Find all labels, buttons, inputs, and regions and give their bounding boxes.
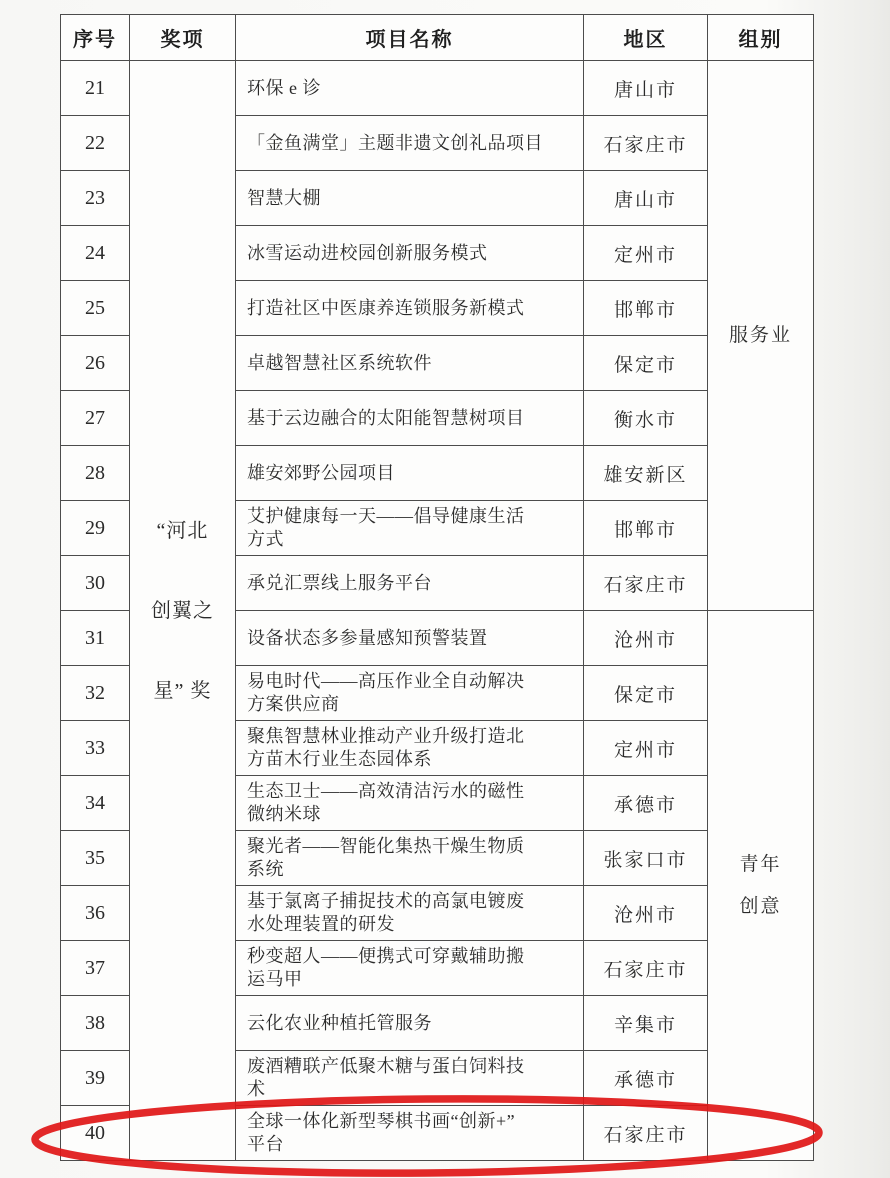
row-number: 22 <box>61 116 130 171</box>
col-header-award: 奖项 <box>130 15 236 61</box>
table-row: 21 “河北 创翼之 星” 奖 环保 e 诊 唐山市 服务业 <box>61 61 814 116</box>
row-number: 37 <box>61 941 130 996</box>
region: 石家庄市 <box>584 116 708 171</box>
region: 定州市 <box>584 226 708 281</box>
row-number: 35 <box>61 831 130 886</box>
row-number: 27 <box>61 391 130 446</box>
project-name: 智慧大棚 <box>236 171 584 226</box>
row-number: 32 <box>61 666 130 721</box>
region: 唐山市 <box>584 171 708 226</box>
region: 张家口市 <box>584 831 708 886</box>
table-header-row: 序号 奖项 项目名称 地区 组别 <box>61 15 814 61</box>
region: 石家庄市 <box>584 941 708 996</box>
row-number: 33 <box>61 721 130 776</box>
row-number: 28 <box>61 446 130 501</box>
region: 石家庄市 <box>584 556 708 611</box>
row-number: 38 <box>61 996 130 1051</box>
row-number: 25 <box>61 281 130 336</box>
project-name: 雄安郊野公园项目 <box>236 446 584 501</box>
region: 保定市 <box>584 666 708 721</box>
project-name: 生态卫士——高效清洁污水的磁性 微纳米球 <box>236 776 584 831</box>
project-name: 聚光者——智能化集热干燥生物质 系统 <box>236 831 584 886</box>
col-header-group: 组别 <box>708 15 814 61</box>
project-name: 打造社区中医康养连锁服务新模式 <box>236 281 584 336</box>
project-name: 废酒糟联产低聚木糖与蛋白饲料技 术 <box>236 1051 584 1106</box>
region: 辛集市 <box>584 996 708 1051</box>
group-merged-cell-youth-creativity: 青年 创意 <box>708 611 814 1161</box>
row-number: 34 <box>61 776 130 831</box>
col-header-region: 地区 <box>584 15 708 61</box>
region: 邯郸市 <box>584 501 708 556</box>
row-number: 30 <box>61 556 130 611</box>
project-name: 艾护健康每一天——倡导健康生活 方式 <box>236 501 584 556</box>
col-header-no: 序号 <box>61 15 130 61</box>
row-number: 36 <box>61 886 130 941</box>
region: 承德市 <box>584 1051 708 1106</box>
project-name: 聚焦智慧林业推动产业升级打造北 方苗木行业生态园体系 <box>236 721 584 776</box>
project-name: 易电时代——高压作业全自动解决 方案供应商 <box>236 666 584 721</box>
row-number: 21 <box>61 61 130 116</box>
row-number: 31 <box>61 611 130 666</box>
project-name: 设备状态多参量感知预警装置 <box>236 611 584 666</box>
region: 沧州市 <box>584 886 708 941</box>
project-name: 承兑汇票线上服务平台 <box>236 556 584 611</box>
region: 衡水市 <box>584 391 708 446</box>
row-number: 29 <box>61 501 130 556</box>
project-name: 冰雪运动进校园创新服务模式 <box>236 226 584 281</box>
region: 雄安新区 <box>584 446 708 501</box>
region: 定州市 <box>584 721 708 776</box>
row-number: 40 <box>61 1106 130 1161</box>
row-number: 23 <box>61 171 130 226</box>
project-name: 环保 e 诊 <box>236 61 584 116</box>
project-name: 云化农业种植托管服务 <box>236 996 584 1051</box>
row-number: 39 <box>61 1051 130 1106</box>
row-number: 26 <box>61 336 130 391</box>
row-number: 24 <box>61 226 130 281</box>
award-winners-table: 序号 奖项 项目名称 地区 组别 21 “河北 创翼之 星” 奖 环保 e 诊 … <box>60 14 814 1161</box>
col-header-project-name: 项目名称 <box>236 15 584 61</box>
project-name: 卓越智慧社区系统软件 <box>236 336 584 391</box>
project-name: 秒变超人——便携式可穿戴辅助搬 运马甲 <box>236 941 584 996</box>
region: 唐山市 <box>584 61 708 116</box>
project-name: 基于氯离子捕捉技术的高氯电镀废 水处理装置的研发 <box>236 886 584 941</box>
project-name: 全球一体化新型琴棋书画“创新+” 平台 <box>236 1106 584 1161</box>
region: 保定市 <box>584 336 708 391</box>
project-name: 基于云边融合的太阳能智慧树项目 <box>236 391 584 446</box>
award-merged-cell: “河北 创翼之 星” 奖 <box>130 61 236 1161</box>
project-name: 「金鱼满堂」主题非遗文创礼品项目 <box>236 116 584 171</box>
region: 沧州市 <box>584 611 708 666</box>
region: 石家庄市 <box>584 1106 708 1161</box>
group-merged-cell-services: 服务业 <box>708 61 814 611</box>
region: 承德市 <box>584 776 708 831</box>
region: 邯郸市 <box>584 281 708 336</box>
